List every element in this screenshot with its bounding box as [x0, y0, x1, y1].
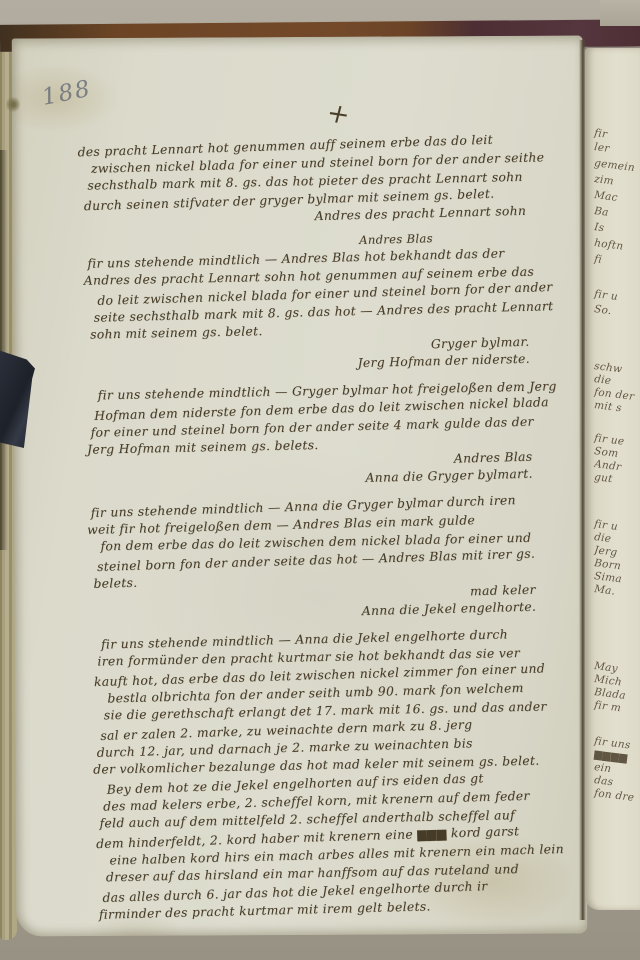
manuscript-page: 188 + des pracht Lennart hot genummen au… — [12, 36, 588, 937]
facing-text-fragment: So. — [593, 303, 640, 321]
manuscript-text: des pracht Lennart hot genummen auff sei… — [82, 130, 578, 933]
manuscript-paragraph: fir uns stehende mindtlich — Anna die Gr… — [91, 491, 570, 627]
facing-text-fragment: zim — [593, 173, 640, 191]
manuscript-paragraph: fir uns stehende mindtlich — Gryger bylm… — [89, 376, 568, 494]
facing-page-edge: firlergemeinzimMacBaIshoftnfifir uSo.sch… — [585, 48, 640, 910]
facing-text-fragment: gemein — [593, 157, 640, 175]
facing-text-fragment: Is — [593, 221, 640, 239]
paper-stain — [6, 96, 20, 112]
manuscript-paragraph: des pracht Lennart hot genummen auff sei… — [82, 130, 560, 231]
facing-text-fragment: fi — [593, 253, 640, 271]
facing-text-fragment: Ba — [593, 205, 640, 223]
manuscript-paragraph: fir uns stehende mindtlich — Anna die Je… — [95, 624, 578, 924]
cross-mark: + — [323, 98, 353, 132]
facing-text-fragment: hoftn — [593, 237, 640, 255]
binding-shadow — [0, 150, 8, 550]
photo-backdrop: 188 + des pracht Lennart hot genummen au… — [0, 0, 640, 960]
facing-page-top-edge — [600, 0, 640, 26]
facing-text-fragment: Mac — [593, 189, 640, 207]
folio-number-pencil: 188 — [40, 76, 94, 111]
manuscript-paragraph: Andres Blasfir uns stehende mindtlich — … — [85, 228, 564, 379]
